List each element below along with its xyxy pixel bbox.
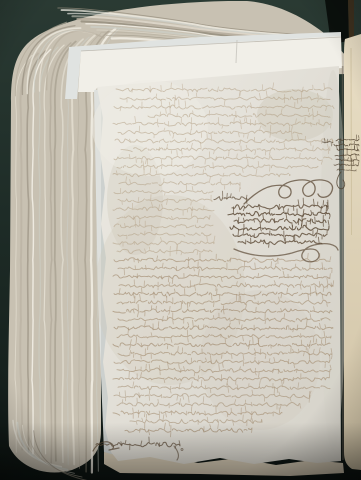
manuscript-photo — [0, 0, 361, 480]
right-page-fold-line — [351, 48, 352, 235]
book-cover-edge — [348, 0, 354, 40]
right-page-leaf — [344, 34, 361, 470]
main-page — [92, 66, 346, 464]
